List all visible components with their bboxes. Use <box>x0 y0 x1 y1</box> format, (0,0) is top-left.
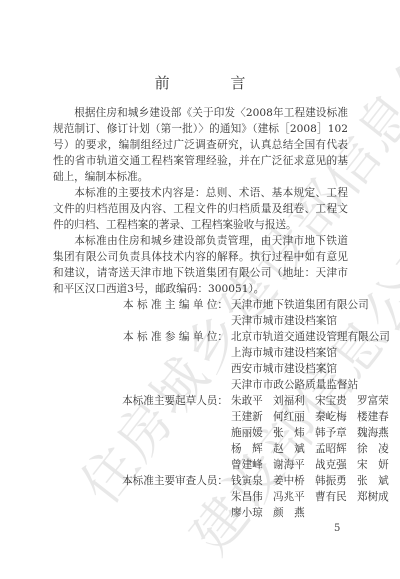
chief-editor-unit: 天津市城市建设档案馆 <box>231 313 337 329</box>
drafter-name: 朱敢平 <box>231 393 273 409</box>
drafter-name: 王建新 <box>231 409 273 425</box>
reviewer-name: 曹有民 <box>315 489 357 505</box>
drafter-name: 战克强 <box>315 457 357 473</box>
drafter-name: 张 炜 <box>273 425 315 441</box>
document-page: 前 言 根据住房和城乡建设部《关于印发〈2008年工程建设标准规范制订、修订计划… <box>0 0 400 579</box>
participating-label: 本 标 准 参 编 单 位： <box>73 329 228 345</box>
drafter-name: 曾建峰 <box>231 457 273 473</box>
drafter-name: 宋宝贵 <box>315 393 357 409</box>
chief-editor-label: 本 标 准 主 编 单 位： <box>73 297 228 313</box>
drafter-name: 魏海燕 <box>357 425 399 441</box>
drafter-name: 秦屹梅 <box>315 409 357 425</box>
drafter-name: 宋 妍 <box>357 457 399 473</box>
page-number: 5 <box>334 523 340 534</box>
reviewer-name: 钱寅泉 <box>231 473 273 489</box>
reviewer-name: 郑树成 <box>357 489 399 505</box>
drafter-name: 罗富荣 <box>357 393 399 409</box>
paragraph-management: 本标准由住房和城乡建设部负责管理，由天津市地下铁道集团有限公司负责具体技术内容的… <box>53 233 348 297</box>
drafter-name: 何红丽 <box>273 409 315 425</box>
reviewer-name: 冯兆平 <box>273 489 315 505</box>
preface-body: 根据住房和城乡建设部《关于印发〈2008年工程建设标准规范制订、修订计划（第一批… <box>53 105 348 297</box>
reviewer-name: 张 斌 <box>357 473 399 489</box>
paragraph-contents: 本标准的主要技术内容是：总则、术语、基本规定、工程文件的归档范围及内容、工程文件… <box>53 185 348 233</box>
drafter-name: 徐 凌 <box>357 441 399 457</box>
reviewer-name: 廖小琼 <box>231 505 273 521</box>
participating-unit: 天津市市政公路质量监督站 <box>231 377 358 393</box>
paragraph-basis: 根据住房和城乡建设部《关于印发〈2008年工程建设标准规范制订、修订计划（第一批… <box>53 105 348 185</box>
drafter-name: 赵 斌 <box>273 441 315 457</box>
drafter-name: 刘福利 <box>273 393 315 409</box>
reviewer-name: 颜 燕 <box>273 505 315 521</box>
page-title: 前 言 <box>0 72 400 93</box>
participating-unit: 西安市城市建设档案馆 <box>231 361 337 377</box>
participating-unit: 上海市城市建设档案馆 <box>231 345 337 361</box>
drafter-name: 韩予章 <box>315 425 357 441</box>
drafter-name: 杨 辉 <box>231 441 273 457</box>
reviewer-name: 朱昌伟 <box>231 489 273 505</box>
drafter-name: 施丽媛 <box>231 425 273 441</box>
drafter-name: 楼建春 <box>357 409 399 425</box>
reviewer-name: 韩振勇 <box>315 473 357 489</box>
participating-unit: 北京市轨道交通建设管理有限公司 <box>231 329 390 345</box>
drafter-name: 谢海平 <box>273 457 315 473</box>
chief-editor-unit: 天津市地下铁道集团有限公司 <box>231 297 369 313</box>
drafter-name: 孟昭辉 <box>315 441 357 457</box>
reviewers-label: 本标准主要审查人员： <box>73 473 228 489</box>
reviewer-name: 姜中桥 <box>273 473 315 489</box>
drafters-label: 本标准主要起草人员： <box>73 393 228 409</box>
